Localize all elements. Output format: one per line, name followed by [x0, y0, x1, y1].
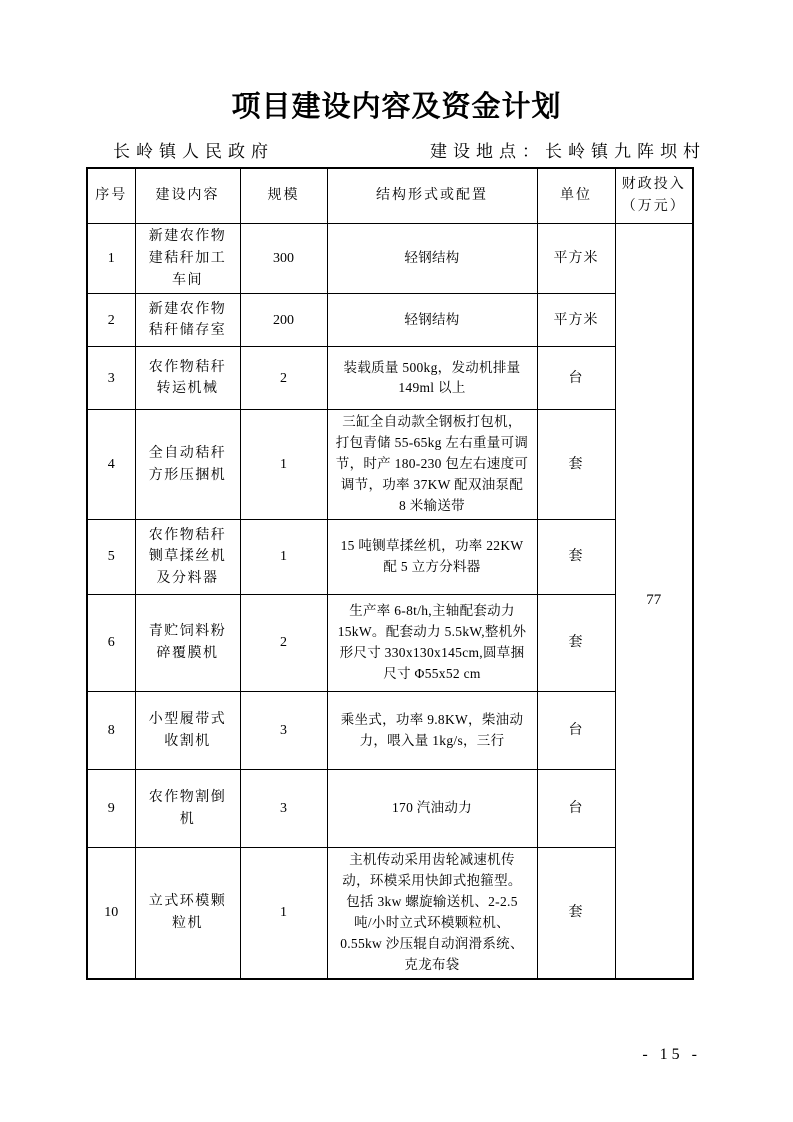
- cell-content: 新建农作物秸秆储存室: [135, 294, 240, 347]
- header-financial: 财政投入 （万元）: [615, 168, 693, 224]
- cell-content: 青贮饲料粉碎覆膜机: [135, 595, 240, 692]
- cell-config: 乘坐式，功率 9.8KW，柴油动力，喂入量 1kg/s，三行: [327, 692, 537, 770]
- cell-config: 轻钢结构: [327, 294, 537, 347]
- header-scale: 规模: [240, 168, 327, 224]
- document-page: 项目建设内容及资金计划 长岭镇人民政府 建设地点：长岭镇九阵坝村 序号 建设内容…: [0, 0, 793, 1122]
- cell-scale: 200: [240, 294, 327, 347]
- cell-config: 轻钢结构: [327, 224, 537, 294]
- row-no: 10: [87, 848, 135, 979]
- cell-scale: 2: [240, 595, 327, 692]
- cell-content: 小型履带式收割机: [135, 692, 240, 770]
- table-row: 4全自动秸秆方形压捆机1三缸全自动款全钢板打包机，打包青储 55-65kg 左右…: [87, 410, 693, 520]
- cell-scale: 3: [240, 692, 327, 770]
- cell-unit: 台: [537, 770, 615, 848]
- header-no: 序号: [87, 168, 135, 224]
- table-row: 3农作物秸秆转运机械2装载质量 500kg，发动机排量 149ml 以上台: [87, 347, 693, 410]
- cell-scale: 1: [240, 410, 327, 520]
- table-row: 5农作物秸秆铡草揉丝机及分料器115 吨铡草揉丝机，功率 22KW 配 5 立方…: [87, 520, 693, 595]
- cell-content: 农作物割倒机: [135, 770, 240, 848]
- cell-scale: 2: [240, 347, 327, 410]
- cell-config: 15 吨铡草揉丝机，功率 22KW 配 5 立方分料器: [327, 520, 537, 595]
- cell-unit: 套: [537, 520, 615, 595]
- cell-scale: 300: [240, 224, 327, 294]
- cell-unit: 台: [537, 692, 615, 770]
- financial-total-cell: 77: [615, 224, 693, 979]
- cell-config: 170 汽油动力: [327, 770, 537, 848]
- header-config: 结构形式或配置: [327, 168, 537, 224]
- cell-unit: 平方米: [537, 224, 615, 294]
- cell-scale: 3: [240, 770, 327, 848]
- table-body: 1新建农作物建秸秆加工车间300轻钢结构平方米772新建农作物秸秆储存室200轻…: [87, 224, 693, 979]
- row-no: 2: [87, 294, 135, 347]
- row-no: 5: [87, 520, 135, 595]
- page-number: - 15 -: [642, 1046, 701, 1064]
- row-no: 4: [87, 410, 135, 520]
- cell-unit: 平方米: [537, 294, 615, 347]
- project-table: 序号 建设内容 规模 结构形式或配置 单位 财政投入 （万元） 1新建农作物建秸…: [86, 167, 694, 980]
- organization-name: 长岭镇人民政府: [87, 141, 274, 163]
- table-row: 8小型履带式收割机3乘坐式，功率 9.8KW，柴油动力，喂入量 1kg/s，三行…: [87, 692, 693, 770]
- page-title: 项目建设内容及资金计划: [0, 0, 793, 125]
- table-row: 1新建农作物建秸秆加工车间300轻钢结构平方米77: [87, 224, 693, 294]
- table-row: 10立式环模颗粒机1主机传动采用齿轮减速机传动，环模采用快卸式抱箍型。包括 3k…: [87, 848, 693, 979]
- cell-content: 立式环模颗粒机: [135, 848, 240, 979]
- cell-config: 三缸全自动款全钢板打包机，打包青储 55-65kg 左右重量可调节，时产 180…: [327, 410, 537, 520]
- cell-unit: 套: [537, 848, 615, 979]
- row-no: 6: [87, 595, 135, 692]
- table-row: 2新建农作物秸秆储存室200轻钢结构平方米: [87, 294, 693, 347]
- header-unit: 单位: [537, 168, 615, 224]
- cell-config: 生产率 6-8t/h,主轴配套动力 15kW。配套动力 5.5kW,整机外形尺寸…: [327, 595, 537, 692]
- table-row: 6青贮饲料粉碎覆膜机2生产率 6-8t/h,主轴配套动力 15kW。配套动力 5…: [87, 595, 693, 692]
- cell-config: 装载质量 500kg，发动机排量 149ml 以上: [327, 347, 537, 410]
- row-no: 9: [87, 770, 135, 848]
- subheader-row: 长岭镇人民政府 建设地点：长岭镇九阵坝村: [87, 141, 706, 163]
- cell-content: 新建农作物建秸秆加工车间: [135, 224, 240, 294]
- row-no: 1: [87, 224, 135, 294]
- cell-unit: 套: [537, 595, 615, 692]
- cell-content: 农作物秸秆转运机械: [135, 347, 240, 410]
- cell-scale: 1: [240, 848, 327, 979]
- row-no: 3: [87, 347, 135, 410]
- row-no: 8: [87, 692, 135, 770]
- cell-content: 全自动秸秆方形压捆机: [135, 410, 240, 520]
- header-row: 序号 建设内容 规模 结构形式或配置 单位 财政投入 （万元）: [87, 168, 693, 224]
- cell-config: 主机传动采用齿轮减速机传动，环模采用快卸式抱箍型。包括 3kw 螺旋输送机、2-…: [327, 848, 537, 979]
- table-header: 序号 建设内容 规模 结构形式或配置 单位 财政投入 （万元）: [87, 168, 693, 224]
- construction-location: 建设地点：长岭镇九阵坝村: [430, 141, 706, 163]
- cell-unit: 套: [537, 410, 615, 520]
- header-content: 建设内容: [135, 168, 240, 224]
- table-row: 9农作物割倒机3170 汽油动力台: [87, 770, 693, 848]
- cell-unit: 台: [537, 347, 615, 410]
- cell-scale: 1: [240, 520, 327, 595]
- cell-content: 农作物秸秆铡草揉丝机及分料器: [135, 520, 240, 595]
